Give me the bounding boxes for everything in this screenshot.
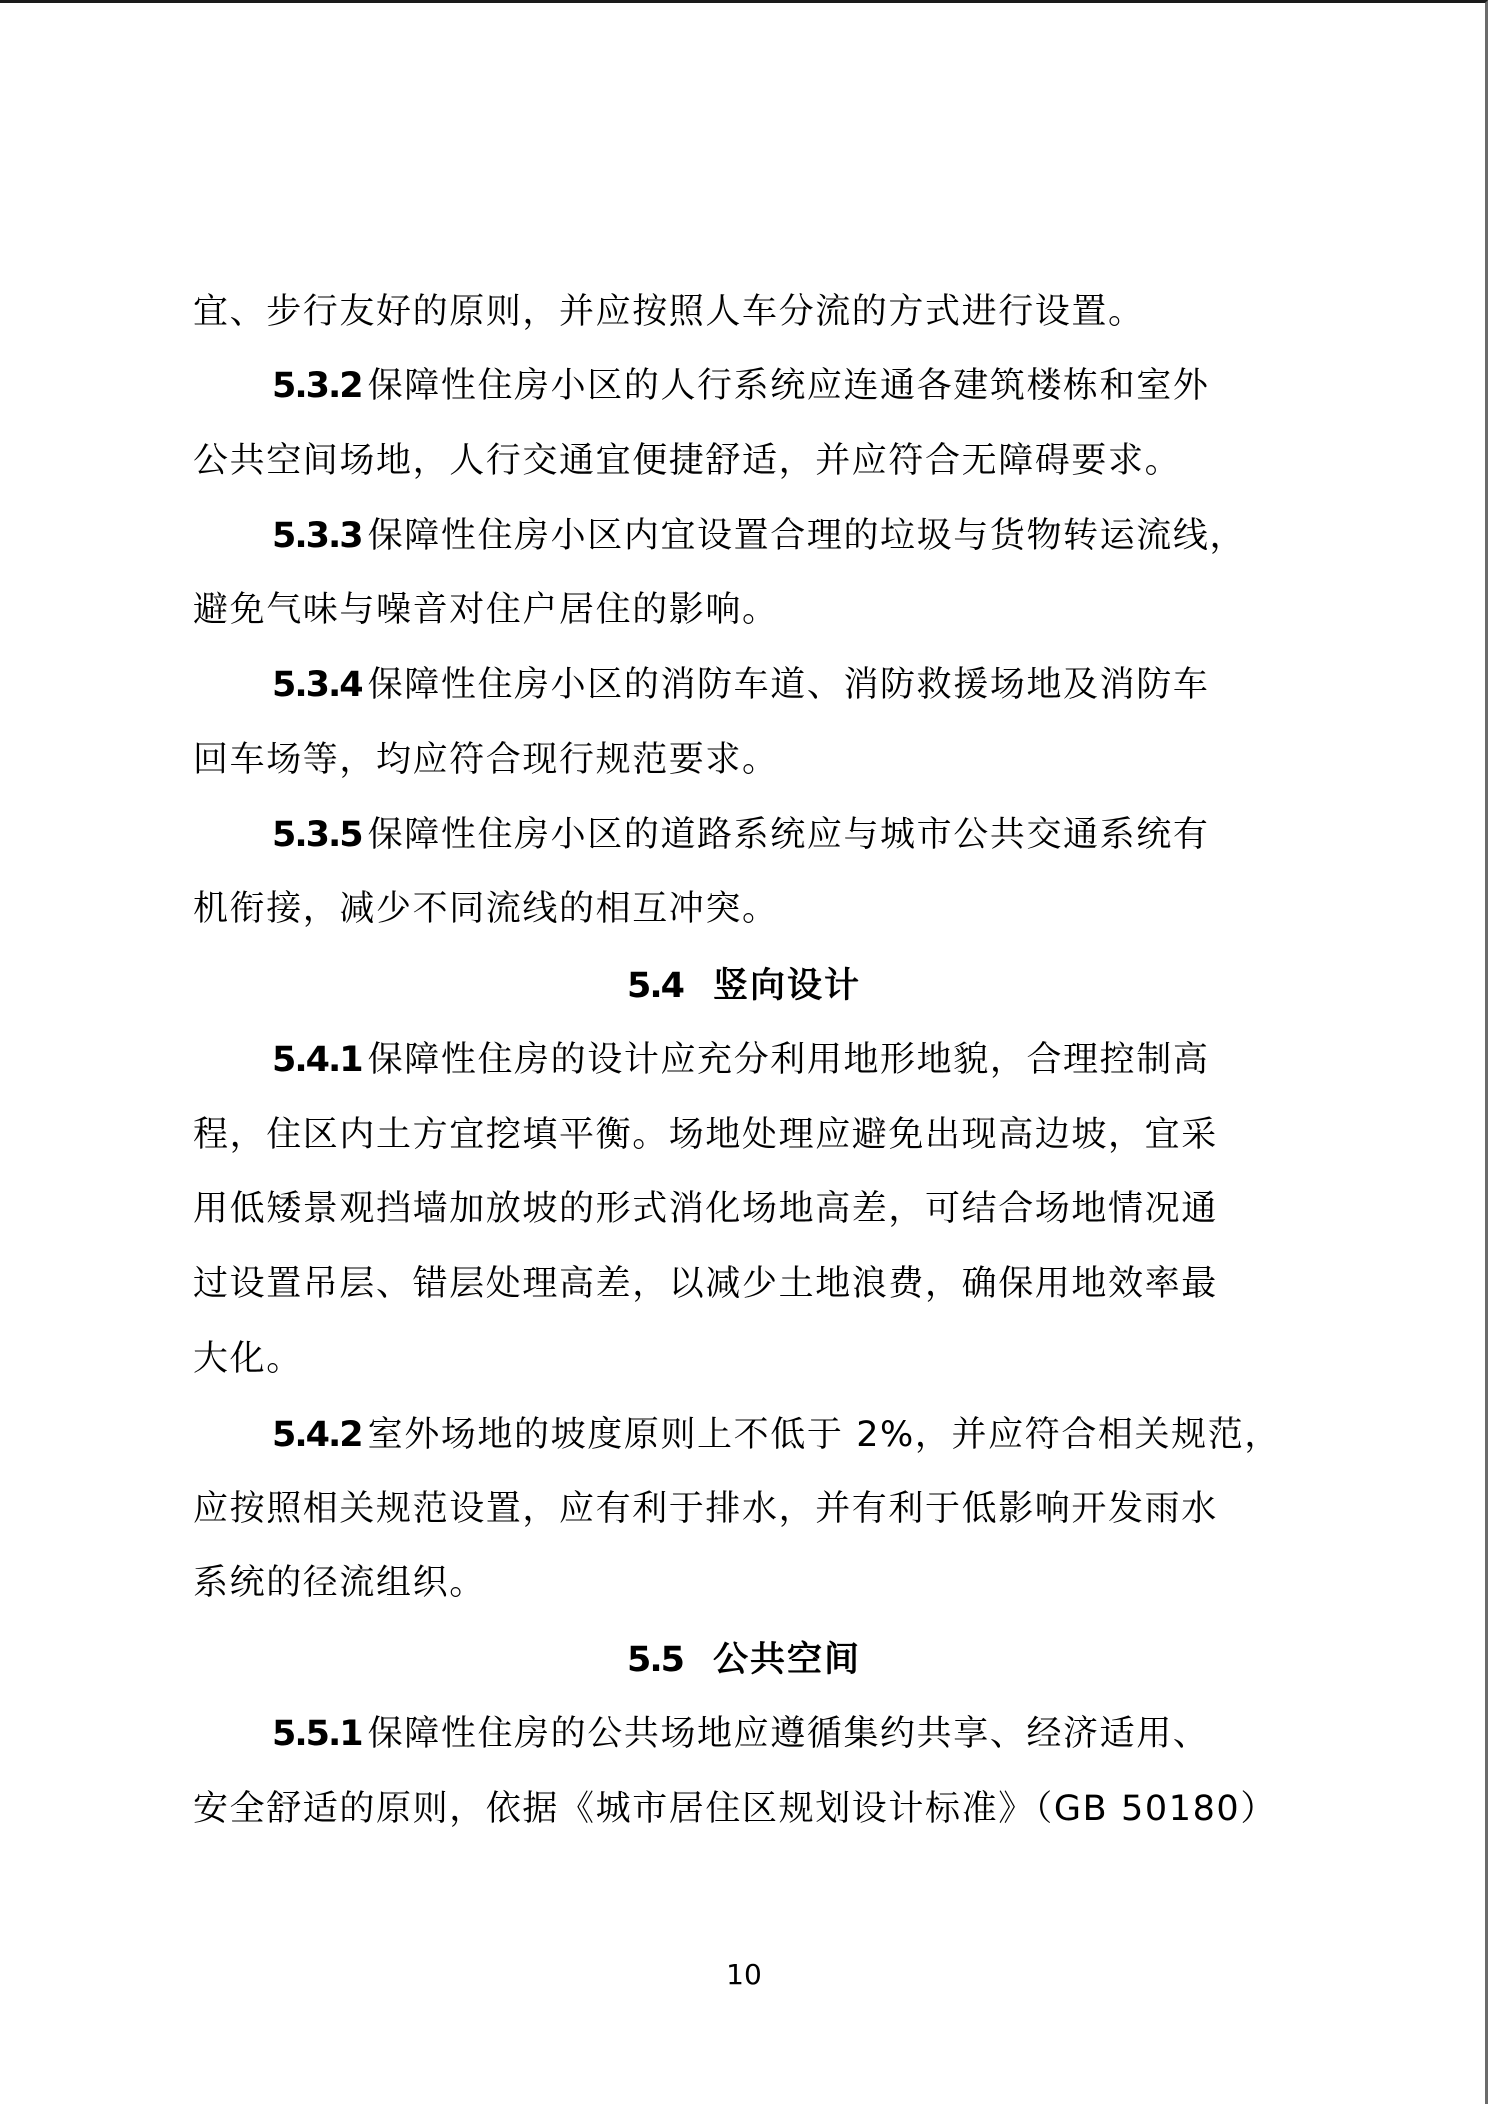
clause-number: 5.4.2 xyxy=(272,1415,362,1455)
section-heading-5-4: 5.4竖向设计 xyxy=(0,962,1488,1010)
clause-number: 5.3.4 xyxy=(272,665,362,705)
section-number: 5.4 xyxy=(627,966,683,1006)
line-text: 过设置吊层、错层处理高差，以减少土地浪费，确保用地效率最 xyxy=(193,1264,1218,1304)
clause-number: 5.3.5 xyxy=(272,815,362,855)
paragraph-line: 程，住区内土方宜挖填平衡。场地处理应避免出现高边坡，宜采 xyxy=(193,1111,1303,1159)
line-text: 宜、步行友好的原则，并应按照人车分流的方式进行设置。 xyxy=(193,292,1145,332)
line-text: 回车场等，均应符合现行规范要求。 xyxy=(193,740,779,780)
line-text: 程，住区内土方宜挖填平衡。场地处理应避免出现高边坡，宜采 xyxy=(193,1115,1218,1155)
clause-5-4-2: 5.4.2室外场地的坡度原则上不低于 2%，并应符合相关规范， xyxy=(272,1411,1382,1459)
standard-code: GB 50180 xyxy=(1054,1789,1240,1829)
clause-number: 5.4.1 xyxy=(272,1040,362,1080)
line-text: 保障性住房小区的消防车道、消防救援场地及消防车 xyxy=(368,665,1210,705)
clause-5-3-3: 5.3.3保障性住房小区内宜设置合理的垃圾与货物转运流线， xyxy=(272,512,1382,560)
line-text: 系统的径流组织。 xyxy=(193,1563,486,1603)
document-page: 宜、步行友好的原则，并应按照人车分流的方式进行设置。 5.3.2保障性住房小区的… xyxy=(0,0,1488,2104)
line-text: 公共空间场地，人行交通宜便捷舒适，并应符合无障碍要求。 xyxy=(193,441,1181,481)
section-number: 5.5 xyxy=(627,1640,683,1680)
paragraph-line: 宜、步行友好的原则，并应按照人车分流的方式进行设置。 xyxy=(193,288,1303,336)
line-text: 避免气味与噪音对住户居住的影响。 xyxy=(193,590,779,630)
line-text: 保障性住房小区的道路系统应与城市公共交通系统有 xyxy=(368,815,1210,855)
line-text: 应按照相关规范设置，应有利于排水，并有利于低影响开发雨水 xyxy=(193,1489,1218,1529)
paragraph-line: 公共空间场地，人行交通宜便捷舒适，并应符合无障碍要求。 xyxy=(193,437,1303,485)
paragraph-line: 大化。 xyxy=(193,1335,1303,1383)
line-text: 大化。 xyxy=(193,1339,303,1379)
section-title: 竖向设计 xyxy=(713,966,861,1006)
clause-5-3-2: 5.3.2保障性住房小区的人行系统应连通各建筑楼栋和室外 xyxy=(272,362,1382,410)
clause-number: 5.5.1 xyxy=(272,1714,362,1754)
line-text: 保障性住房的设计应充分利用地形地貌，合理控制高 xyxy=(368,1040,1210,1080)
section-heading-5-5: 5.5公共空间 xyxy=(0,1636,1488,1684)
paragraph-line: 回车场等，均应符合现行规范要求。 xyxy=(193,736,1303,784)
paragraph-line: 避免气味与噪音对住户居住的影响。 xyxy=(193,586,1303,634)
clause-number: 5.3.3 xyxy=(272,516,362,556)
section-title: 公共空间 xyxy=(713,1640,861,1680)
clause-number: 5.3.2 xyxy=(272,366,362,406)
slope-value: 2% xyxy=(856,1415,915,1455)
clause-5-3-4: 5.3.4保障性住房小区的消防车道、消防救援场地及消防车 xyxy=(272,661,1382,709)
line-text: 室外场地的坡度原则上不低于 xyxy=(368,1415,857,1455)
line-text: 保障性住房小区内宜设置合理的垃圾与货物转运流线， xyxy=(368,516,1246,556)
line-text: ，并应符合相关规范， xyxy=(915,1415,1281,1455)
paragraph-line: 安全舒适的原则，依据《城市居住区规划设计标准》（GB 50180） xyxy=(193,1785,1303,1833)
paragraph-line: 系统的径流组织。 xyxy=(193,1559,1303,1607)
line-text: 用低矮景观挡墙加放坡的形式消化场地高差，可结合场地情况通 xyxy=(193,1189,1218,1229)
paragraph-line: 应按照相关规范设置，应有利于排水，并有利于低影响开发雨水 xyxy=(193,1485,1303,1533)
paragraph-line: 用低矮景观挡墙加放坡的形式消化场地高差，可结合场地情况通 xyxy=(193,1185,1303,1233)
page-number: 10 xyxy=(0,1955,1488,1995)
clause-5-3-5: 5.3.5保障性住房小区的道路系统应与城市公共交通系统有 xyxy=(272,811,1382,859)
line-text: ） xyxy=(1240,1789,1277,1829)
paragraph-line: 过设置吊层、错层处理高差，以减少土地浪费，确保用地效率最 xyxy=(193,1260,1303,1308)
clause-5-5-1: 5.5.1保障性住房的公共场地应遵循集约共享、经济适用、 xyxy=(272,1710,1382,1758)
paragraph-line: 机衔接，减少不同流线的相互冲突。 xyxy=(193,885,1303,933)
line-text: 机衔接，减少不同流线的相互冲突。 xyxy=(193,889,779,929)
clause-5-4-1: 5.4.1保障性住房的设计应充分利用地形地貌，合理控制高 xyxy=(272,1036,1382,1084)
line-text: 安全舒适的原则，依据《城市居住区规划设计标准》（ xyxy=(193,1789,1054,1829)
line-text: 保障性住房小区的人行系统应连通各建筑楼栋和室外 xyxy=(368,366,1210,406)
line-text: 保障性住房的公共场地应遵循集约共享、经济适用、 xyxy=(368,1714,1210,1754)
